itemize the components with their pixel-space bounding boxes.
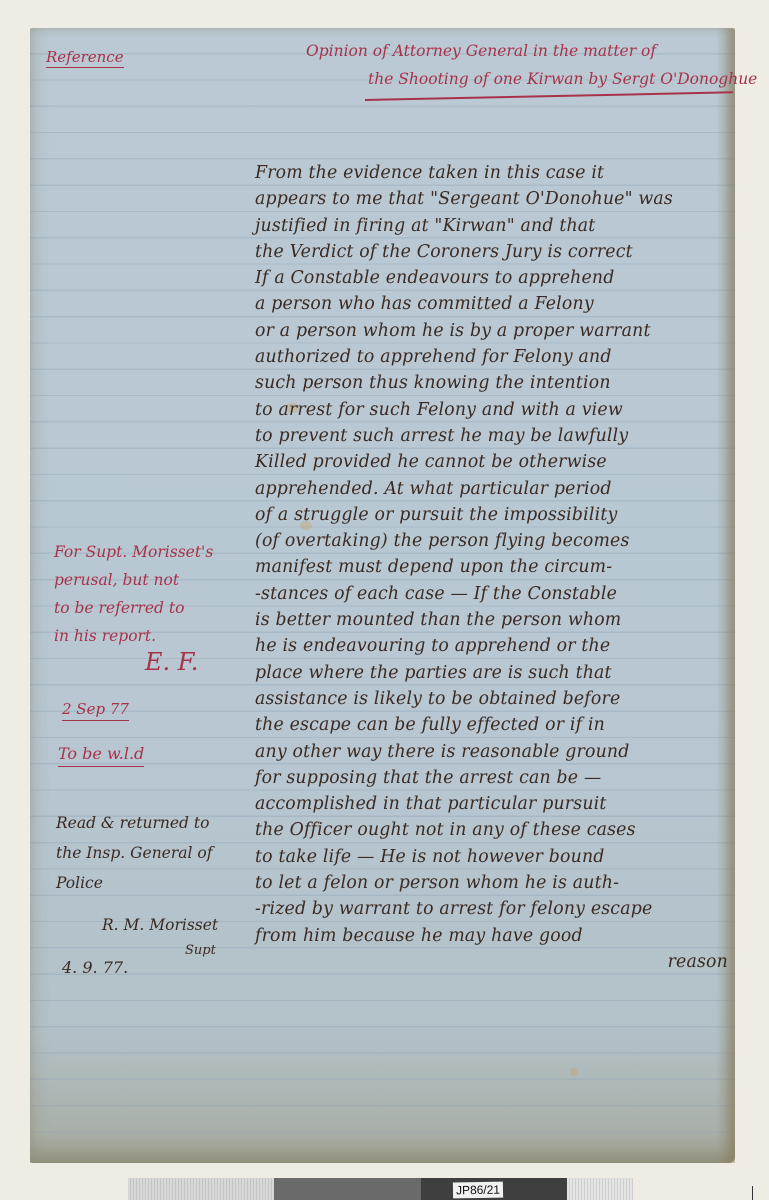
minute-line: Police	[56, 868, 266, 898]
foxing-stain	[570, 1068, 578, 1076]
body-line: to take life — He is not however bound	[255, 844, 740, 870]
body-line: the escape can be fully effected or if i…	[255, 712, 740, 738]
archive-reference-tag: JP86/21	[453, 1182, 503, 1199]
scale-ruler: JP86/21	[128, 1178, 633, 1200]
body-line: he is endeavouring to apprehend or the	[255, 633, 740, 659]
body-line: the Verdict of the Coroners Jury is corr…	[255, 239, 740, 265]
manuscript-page: Reference Opinion of Attorney General in…	[30, 28, 735, 1163]
ruler-segment-light	[128, 1178, 274, 1200]
minute-signature: R. M. Morisset	[102, 916, 218, 934]
body-line: manifest must depend upon the circum-	[255, 554, 740, 580]
body-line: to prevent such arrest he may be lawfull…	[255, 423, 740, 449]
minute-line: Read & returned to	[56, 808, 266, 838]
ruler-segment-end	[567, 1178, 633, 1200]
minute-line: the Insp. General of	[56, 838, 266, 868]
body-line: a person who has committed a Felony	[255, 291, 740, 317]
docket-title-underline	[365, 91, 733, 100]
body-line: place where the parties are is such that	[255, 660, 740, 686]
body-line: authorized to apprehend for Felony and	[255, 344, 740, 370]
margin-note-line: For Supt. Morisset's	[54, 538, 254, 566]
body-line: to let a felon or person whom he is auth…	[255, 870, 740, 896]
minute-date: 4. 9. 77.	[62, 958, 128, 977]
docket-title-line-2: the Shooting of one Kirwan by Sergt O'Do…	[368, 70, 757, 88]
body-line: Killed provided he cannot be otherwise	[255, 449, 740, 475]
body-line: -rized by warrant to arrest for felony e…	[255, 896, 740, 922]
body-line: the Officer ought not in any of these ca…	[255, 817, 740, 843]
margin-note-instruction: To be w.l.d	[58, 744, 144, 767]
body-line: justified in firing at "Kirwan" and that	[255, 213, 740, 239]
body-line: From the evidence taken in this case it	[255, 160, 740, 186]
body-line: (of overtaking) the person flying become…	[255, 528, 740, 554]
body-line: If a Constable endeavours to apprehend	[255, 265, 740, 291]
margin-note-initials: E. F.	[145, 648, 198, 676]
body-line: appears to me that "Sergeant O'Donohue" …	[255, 186, 740, 212]
body-line: or a person whom he is by a proper warra…	[255, 318, 740, 344]
reference-label: Reference	[46, 48, 124, 68]
body-line: of a struggle or pursuit the impossibili…	[255, 502, 740, 528]
minute-signature-title: Supt	[185, 943, 216, 958]
margin-annotation-red: For Supt. Morisset's perusal, but not to…	[54, 538, 254, 650]
body-line: apprehended. At what particular period	[255, 476, 740, 502]
ruler-segment-grey	[274, 1178, 420, 1200]
body-line: such person thus knowing the intention	[255, 370, 740, 396]
scale-tick	[752, 1186, 753, 1200]
body-line: from him because he may have good	[255, 923, 740, 949]
docket-title-line-1: Opinion of Attorney General in the matte…	[306, 42, 656, 60]
catchword: reason	[255, 949, 740, 975]
opinion-body: From the evidence taken in this case it …	[255, 160, 740, 975]
body-line: assistance is likely to be obtained befo…	[255, 686, 740, 712]
margin-note-date: 2 Sep 77	[62, 700, 129, 721]
margin-note-line: in his report.	[54, 622, 254, 650]
body-line: for supposing that the arrest can be —	[255, 765, 740, 791]
ruler-segment-dark: JP86/21	[421, 1178, 567, 1200]
body-line: accomplished in that particular pursuit	[255, 791, 740, 817]
body-line: any other way there is reasonable ground	[255, 739, 740, 765]
body-line: -stances of each case — If the Constable	[255, 581, 740, 607]
body-line: to arrest for such Felony and with a vie…	[255, 397, 740, 423]
margin-note-line: perusal, but not	[54, 566, 254, 594]
body-line: is better mounted than the person whom	[255, 607, 740, 633]
margin-minute-brown: Read & returned to the Insp. General of …	[56, 808, 266, 898]
margin-note-line: to be referred to	[54, 594, 254, 622]
